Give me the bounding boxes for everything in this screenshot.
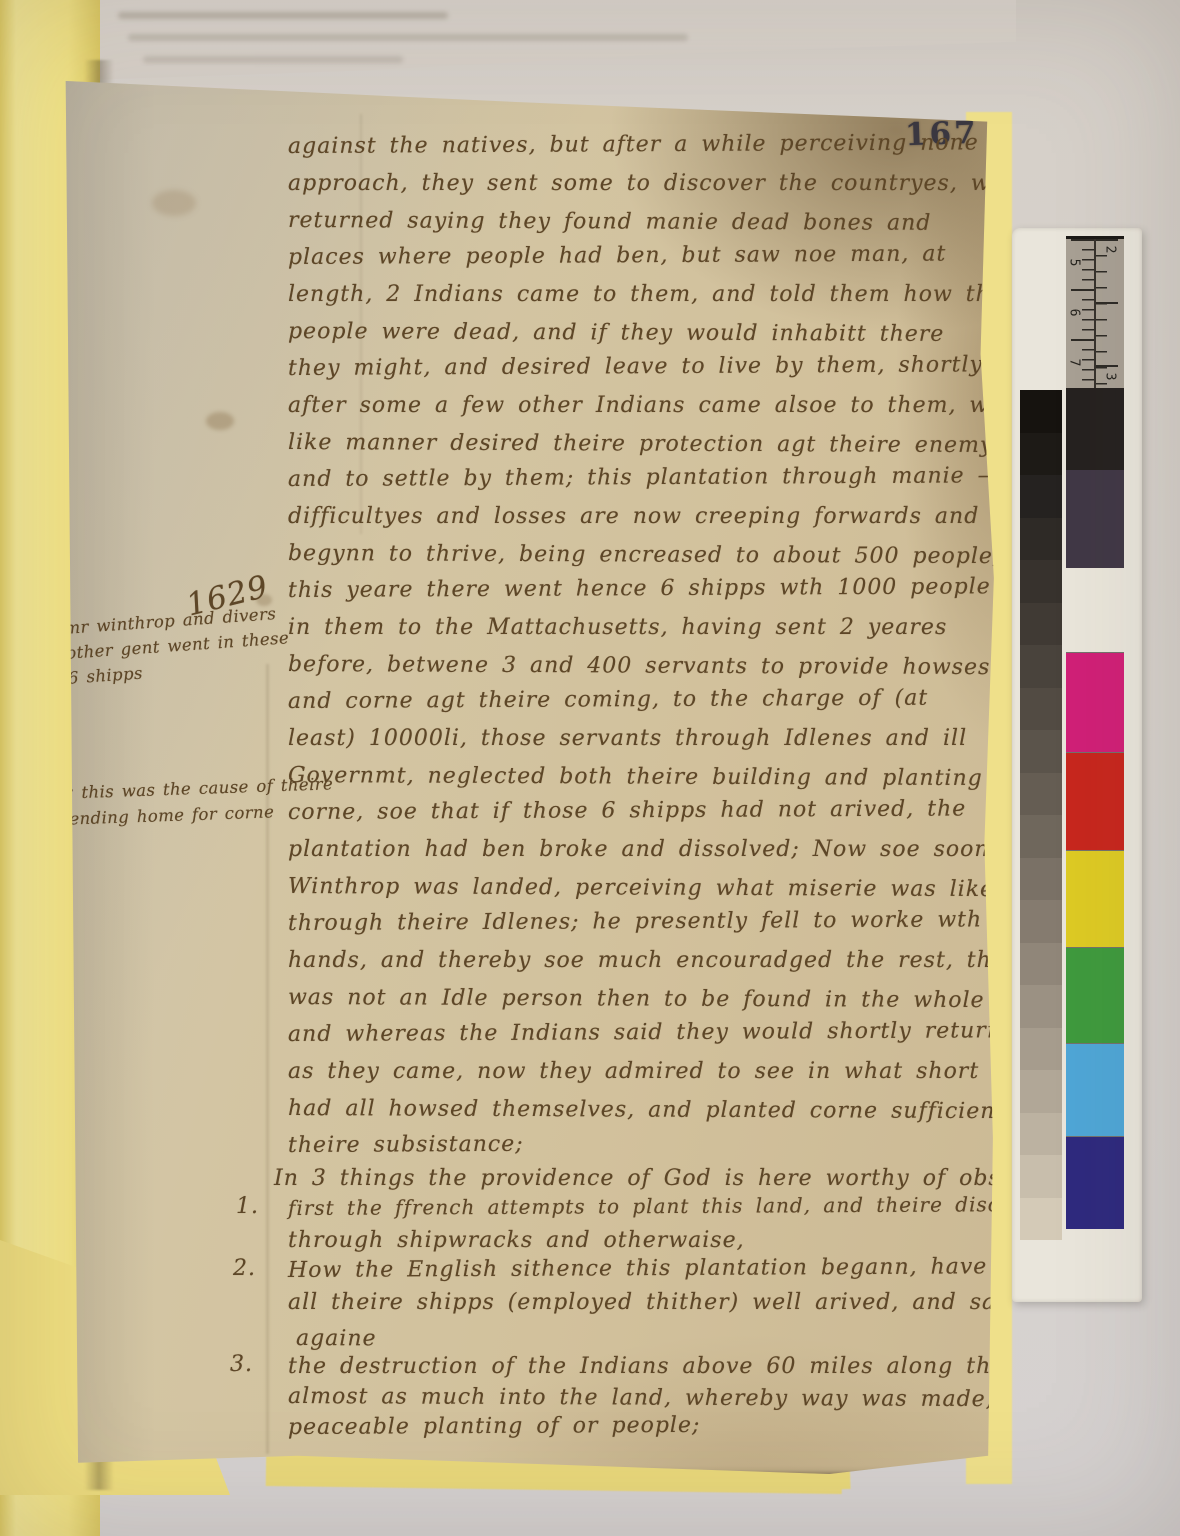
manuscript-line: plantation had ben broke and dissolved; … — [288, 837, 1091, 862]
grayscale-step — [1020, 1070, 1062, 1113]
manuscript-line: approach, they sent some to discover the… — [288, 171, 1020, 196]
manuscript-line: had all howsed themselves, and planted c… — [288, 1096, 1061, 1124]
manuscript-line: this yeare there went hence 6 shipps wth… — [288, 574, 991, 603]
patch-black — [1066, 388, 1124, 470]
manuscript-line: How the English sithence this plantation… — [288, 1254, 1045, 1283]
color-calibration-target: 5 6 7 2 3 — [1012, 228, 1142, 1302]
manuscript-line: length, 2 Indians came to them, and told… — [288, 282, 1005, 307]
manuscript-line: againe — [296, 1326, 377, 1351]
ruler-label-inch: 2 — [1102, 246, 1117, 254]
grayscale-step — [1020, 1028, 1062, 1071]
grayscale-step — [1020, 518, 1062, 561]
photograph: 167 1629 mr winthrop and divers other ge… — [0, 0, 1180, 1536]
manuscript-page: 167 1629 mr winthrop and divers other ge… — [60, 74, 1010, 1474]
ruler-label-inch: 3 — [1102, 373, 1117, 381]
manuscript-line: in them to the Mattachusetts, having sen… — [288, 615, 947, 640]
manuscript-line: before, betwene 3 and 400 servants to pr… — [288, 652, 990, 680]
list-number-2: 2. — [233, 1256, 256, 1281]
ruler-label-cm: 7 — [1066, 359, 1081, 367]
grayscale-step — [1020, 943, 1062, 986]
manuscript-line: against the natives, but after a while p… — [288, 130, 1016, 159]
manuscript-line: difficultyes and losses are now creeping… — [288, 504, 1036, 529]
grayscale-step — [1020, 815, 1062, 858]
grayscale-step — [1020, 475, 1062, 518]
manuscript-line: begynn to thrive, being encreased to abo… — [288, 541, 1001, 569]
grayscale-step — [1020, 858, 1062, 901]
list-number-3: 3. — [230, 1352, 253, 1377]
manuscript-line: corne, soe that if those 6 shipps had no… — [288, 796, 966, 825]
manuscript-line: they might, and desired leave to live by… — [288, 352, 983, 381]
foxing-stain — [206, 412, 234, 430]
patch-green — [1066, 948, 1124, 1043]
manuscript-line: Governmt, neglected both theire building… — [288, 763, 1019, 791]
grayscale-step — [1020, 390, 1062, 433]
foxing-stain — [152, 190, 196, 216]
manuscript-line: peaceable planting of or people; — [288, 1413, 701, 1440]
backdrop-top-sheet — [88, 0, 1016, 80]
grayscale-step — [1020, 645, 1062, 688]
grayscale-step — [1020, 1198, 1062, 1241]
grayscale-step — [1020, 603, 1062, 646]
patch-yellow — [1066, 851, 1124, 947]
patch-dark-violet — [1066, 470, 1124, 568]
manuscript-line: people were dead, and if they would inha… — [288, 319, 944, 347]
manuscript-line: after some a few other Indians came also… — [288, 393, 1055, 418]
showthrough-text-line — [143, 56, 403, 63]
manuscript-line: theire subsistance; — [288, 1132, 524, 1158]
grayscale-step — [1020, 773, 1062, 816]
grayscale-step — [1020, 1155, 1062, 1198]
patch-magenta — [1066, 653, 1124, 752]
grayscale-step — [1020, 730, 1062, 773]
manuscript-line: through theire Idlenes; he presently fel… — [288, 907, 1107, 936]
ruler: 5 6 7 2 3 — [1066, 236, 1124, 388]
manuscript-line: and corne agt theire coming, to the char… — [288, 686, 928, 714]
manuscript-line: almost as much into the land, whereby wa… — [288, 1384, 1094, 1413]
grayscale-step — [1020, 1113, 1062, 1156]
color-patch-column: 5 6 7 2 3 — [1066, 236, 1124, 1230]
ruler-label-cm: 5 — [1066, 259, 1081, 267]
manuscript-line: returned saying they found manie dead bo… — [288, 208, 931, 236]
grayscale-step — [1020, 433, 1062, 476]
margin-note-winthrop: mr winthrop and divers other gent went i… — [64, 600, 292, 690]
patch-red — [1066, 753, 1124, 850]
patch-white — [1066, 568, 1124, 652]
grayscale-step — [1020, 560, 1062, 603]
grayscale-step — [1020, 688, 1062, 731]
patch-light-blue — [1066, 1044, 1124, 1136]
manuscript-line: like manner desired theire protection ag… — [288, 430, 1020, 458]
grayscale-strip — [1020, 390, 1062, 1240]
manuscript-line: through shipwracks and otherwaise, — [288, 1228, 745, 1253]
showthrough-text-line — [118, 12, 448, 19]
manuscript-text-block: against the natives, but after a while p… — [288, 134, 1004, 1459]
color-patches — [1066, 388, 1124, 1229]
manuscript-line: In 3 things the providence of God is her… — [274, 1166, 1101, 1191]
ruler-label-cm: 6 — [1066, 309, 1081, 317]
manuscript-line: places where people had ben, but saw noe… — [288, 242, 946, 270]
ruler-inch-major-ticks — [1096, 239, 1118, 388]
manuscript-line: and to settle by them; this plantation t… — [288, 463, 1001, 492]
list-number-1: 1. — [236, 1194, 259, 1219]
patch-indigo — [1066, 1137, 1124, 1229]
grayscale-step — [1020, 900, 1062, 943]
manuscript-line: hands, and thereby soe much encouradged … — [288, 948, 1093, 973]
grayscale-step — [1020, 985, 1062, 1028]
manuscript-line: least) 10000li, those servants through I… — [288, 726, 967, 751]
showthrough-text-line — [128, 34, 688, 41]
